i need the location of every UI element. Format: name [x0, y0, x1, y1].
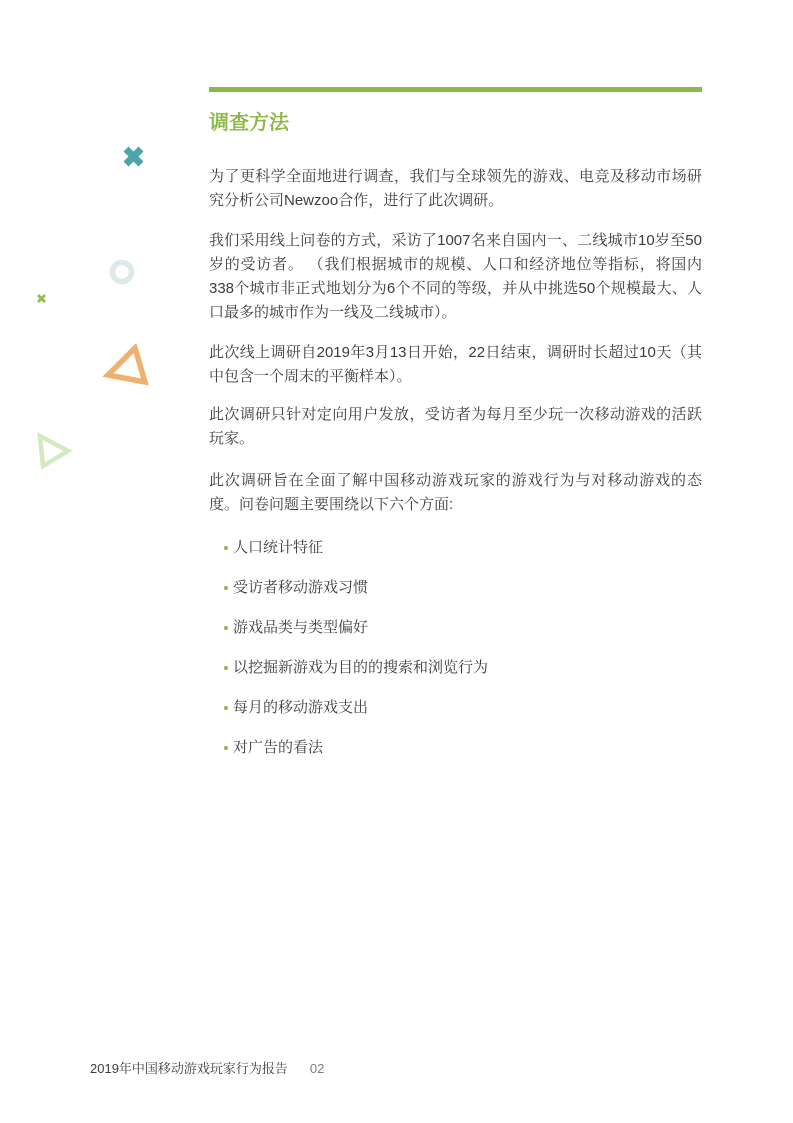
- bullet-dot-icon: [224, 706, 228, 710]
- list-item: 以挖掘新游戏为目的的搜索和浏览行为: [209, 656, 702, 680]
- body-paragraph: 我们采用线上问卷的方式，采访了1007名来自国内一、二线城市10岁至50岁的受访…: [209, 229, 702, 325]
- list-item: 每月的移动游戏支出: [209, 696, 702, 720]
- bullet-dot-icon: [224, 546, 228, 550]
- list-item: 受访者移动游戏习惯: [209, 576, 702, 600]
- list-item-label: 以挖掘新游戏为目的的搜索和浏览行为: [233, 659, 488, 676]
- list-item: 对广告的看法: [209, 736, 702, 760]
- footer-page-number: 02: [310, 1061, 324, 1076]
- bullet-dot-icon: [224, 746, 228, 750]
- body-paragraph: 此次调研旨在全面了解中国移动游戏玩家的游戏行为与对移动游戏的态度。问卷问题主要围…: [209, 469, 702, 517]
- bullet-dot-icon: [224, 666, 228, 670]
- list-item-label: 对广告的看法: [233, 739, 323, 756]
- list-item-label: 游戏品类与类型偏好: [233, 619, 368, 636]
- bullet-dot-icon: [224, 626, 228, 630]
- list-item-label: 人口统计特征: [233, 539, 323, 556]
- triangle-outline-icon-green: [36, 428, 76, 477]
- ring-icon: [109, 259, 135, 290]
- footer-report-title: 2019年中国移动游戏玩家行为报告: [90, 1058, 288, 1077]
- survey-topics-list: 人口统计特征 受访者移动游戏习惯 游戏品类与类型偏好 以挖掘新游戏为目的的搜索和…: [209, 536, 702, 760]
- cross-icon: [119, 142, 148, 176]
- body-paragraph: 此次线上调研自2019年3月13日开始，22日结束，调研时长超过10天（其中包含…: [209, 341, 702, 389]
- section-divider: [209, 87, 702, 92]
- section-title: 调查方法: [209, 111, 702, 136]
- list-item: 游戏品类与类型偏好: [209, 616, 702, 640]
- body-paragraph: 为了更科学全面地进行调查，我们与全球领先的游戏、电竞及移动市场研究分析公司New…: [209, 165, 702, 213]
- list-item: 人口统计特征: [209, 536, 702, 560]
- list-item-label: 受访者移动游戏习惯: [233, 579, 368, 596]
- small-cross-icon: [35, 292, 48, 310]
- content-column: 调查方法 为了更科学全面地进行调查，我们与全球领先的游戏、电竞及移动市场研究分析…: [209, 87, 702, 776]
- triangle-outline-icon-orange: [102, 344, 150, 395]
- body-paragraph: 此次调研只针对定向用户发放，受访者为每月至少玩一次移动游戏的活跃玩家。: [209, 403, 702, 451]
- page-footer: 2019年中国移动游戏玩家行为报告 02: [90, 1058, 324, 1077]
- bullet-dot-icon: [224, 586, 228, 590]
- report-page: 调查方法 为了更科学全面地进行调查，我们与全球领先的游戏、电竞及移动市场研究分析…: [0, 0, 793, 1123]
- list-item-label: 每月的移动游戏支出: [233, 699, 368, 716]
